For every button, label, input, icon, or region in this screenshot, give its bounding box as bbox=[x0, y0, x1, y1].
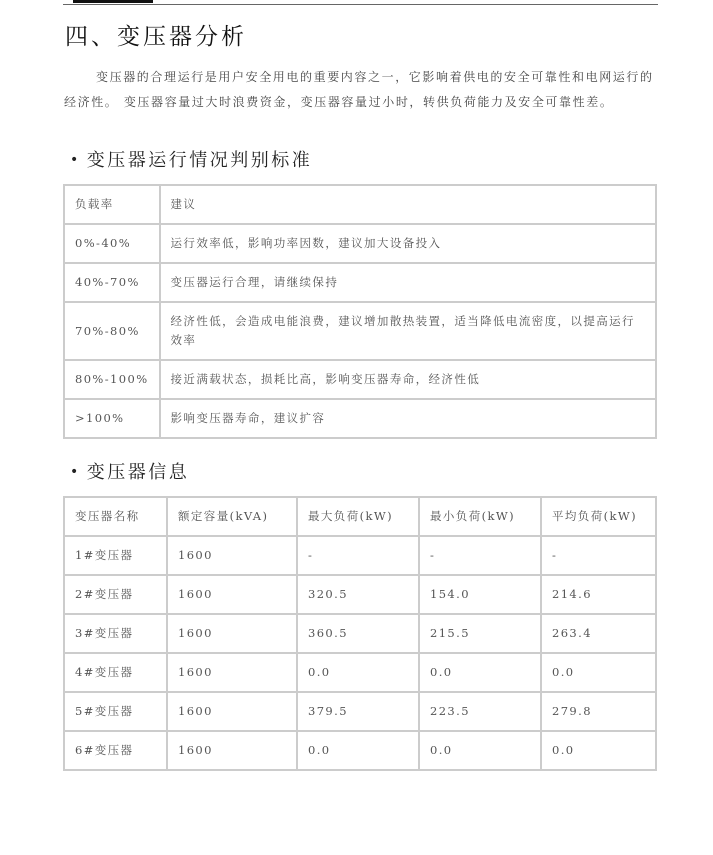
cell-advice: 经济性低，会造成电能浪费，建议增加散热装置，适当降低电流密度，以提高运行效率 bbox=[160, 302, 656, 360]
criteria-heading-text: 变压器运行情况判别标准 bbox=[87, 150, 313, 171]
table-row: 80%-100% 接近满载状态，损耗比高，影响变压器寿命，经济性低 bbox=[64, 360, 656, 399]
cell-avg-load: 0.0 bbox=[541, 653, 656, 692]
cell-advice: 运行效率低，影响功率因数，建议加大设备投入 bbox=[160, 224, 656, 263]
cell-max-load: 320.5 bbox=[297, 575, 419, 614]
page-header-tab-marker bbox=[73, 0, 153, 3]
cell-max-load: 0.0 bbox=[297, 731, 419, 770]
cell-name: 5#变压器 bbox=[64, 692, 167, 731]
column-header-name: 变压器名称 bbox=[64, 497, 167, 536]
table-row: 1#变压器 1600 - - - bbox=[64, 536, 656, 575]
cell-min-load: 0.0 bbox=[419, 653, 541, 692]
bullet-icon: • bbox=[70, 152, 81, 168]
cell-avg-load: - bbox=[541, 536, 656, 575]
cell-load-rate: >100% bbox=[64, 399, 160, 438]
bullet-icon: • bbox=[70, 464, 81, 480]
criteria-table: 负载率 建议 0%-40% 运行效率低，影响功率因数，建议加大设备投入 40%-… bbox=[63, 184, 657, 439]
cell-name: 3#变压器 bbox=[64, 614, 167, 653]
cell-load-rate: 80%-100% bbox=[64, 360, 160, 399]
intro-paragraph: 变压器的合理运行是用户安全用电的重要内容之一，它影响着供电的安全可靠性和电网运行… bbox=[64, 65, 656, 115]
cell-name: 1#变压器 bbox=[64, 536, 167, 575]
cell-load-rate: 70%-80% bbox=[64, 302, 160, 360]
cell-avg-load: 0.0 bbox=[541, 731, 656, 770]
cell-min-load: 154.0 bbox=[419, 575, 541, 614]
cell-load-rate: 0%-40% bbox=[64, 224, 160, 263]
table-row: 3#变压器 1600 360.5 215.5 263.4 bbox=[64, 614, 656, 653]
table-row: 4#变压器 1600 0.0 0.0 0.0 bbox=[64, 653, 656, 692]
cell-avg-load: 279.8 bbox=[541, 692, 656, 731]
cell-rated-capacity: 1600 bbox=[167, 614, 297, 653]
column-header-load-rate: 负载率 bbox=[64, 185, 160, 224]
info-heading: •变压器信息 bbox=[70, 458, 189, 484]
cell-rated-capacity: 1600 bbox=[167, 575, 297, 614]
cell-min-load: 223.5 bbox=[419, 692, 541, 731]
cell-rated-capacity: 1600 bbox=[167, 536, 297, 575]
cell-name: 6#变压器 bbox=[64, 731, 167, 770]
page-header-rule bbox=[63, 4, 658, 5]
table-row: >100% 影响变压器寿命，建议扩容 bbox=[64, 399, 656, 438]
cell-name: 4#变压器 bbox=[64, 653, 167, 692]
table-row: 0%-40% 运行效率低，影响功率因数，建议加大设备投入 bbox=[64, 224, 656, 263]
criteria-heading: •变压器运行情况判别标准 bbox=[70, 146, 312, 172]
cell-rated-capacity: 1600 bbox=[167, 653, 297, 692]
table-row: 6#变压器 1600 0.0 0.0 0.0 bbox=[64, 731, 656, 770]
column-header-max-load: 最大负荷(kW) bbox=[297, 497, 419, 536]
table-row: 40%-70% 变压器运行合理，请继续保持 bbox=[64, 263, 656, 302]
cell-advice: 变压器运行合理，请继续保持 bbox=[160, 263, 656, 302]
table-header-row: 变压器名称 额定容量(kVA) 最大负荷(kW) 最小负荷(kW) 平均负荷(k… bbox=[64, 497, 656, 536]
column-header-min-load: 最小负荷(kW) bbox=[419, 497, 541, 536]
column-header-avg-load: 平均负荷(kW) bbox=[541, 497, 656, 536]
table-row: 2#变压器 1600 320.5 154.0 214.6 bbox=[64, 575, 656, 614]
cell-min-load: 215.5 bbox=[419, 614, 541, 653]
cell-min-load: - bbox=[419, 536, 541, 575]
table-row: 5#变压器 1600 379.5 223.5 279.8 bbox=[64, 692, 656, 731]
column-header-advice: 建议 bbox=[160, 185, 656, 224]
table-header-row: 负载率 建议 bbox=[64, 185, 656, 224]
cell-load-rate: 40%-70% bbox=[64, 263, 160, 302]
transformer-info-table: 变压器名称 额定容量(kVA) 最大负荷(kW) 最小负荷(kW) 平均负荷(k… bbox=[63, 496, 657, 771]
section-title: 四、变压器分析 bbox=[65, 18, 247, 51]
cell-advice: 影响变压器寿命，建议扩容 bbox=[160, 399, 656, 438]
cell-min-load: 0.0 bbox=[419, 731, 541, 770]
cell-avg-load: 263.4 bbox=[541, 614, 656, 653]
cell-rated-capacity: 1600 bbox=[167, 692, 297, 731]
cell-advice: 接近满载状态，损耗比高，影响变压器寿命，经济性低 bbox=[160, 360, 656, 399]
cell-max-load: 360.5 bbox=[297, 614, 419, 653]
cell-name: 2#变压器 bbox=[64, 575, 167, 614]
table-row: 70%-80% 经济性低，会造成电能浪费，建议增加散热装置，适当降低电流密度，以… bbox=[64, 302, 656, 360]
cell-rated-capacity: 1600 bbox=[167, 731, 297, 770]
info-heading-text: 变压器信息 bbox=[87, 462, 190, 483]
column-header-rated-capacity: 额定容量(kVA) bbox=[167, 497, 297, 536]
cell-max-load: 379.5 bbox=[297, 692, 419, 731]
cell-max-load: 0.0 bbox=[297, 653, 419, 692]
cell-max-load: - bbox=[297, 536, 419, 575]
cell-avg-load: 214.6 bbox=[541, 575, 656, 614]
